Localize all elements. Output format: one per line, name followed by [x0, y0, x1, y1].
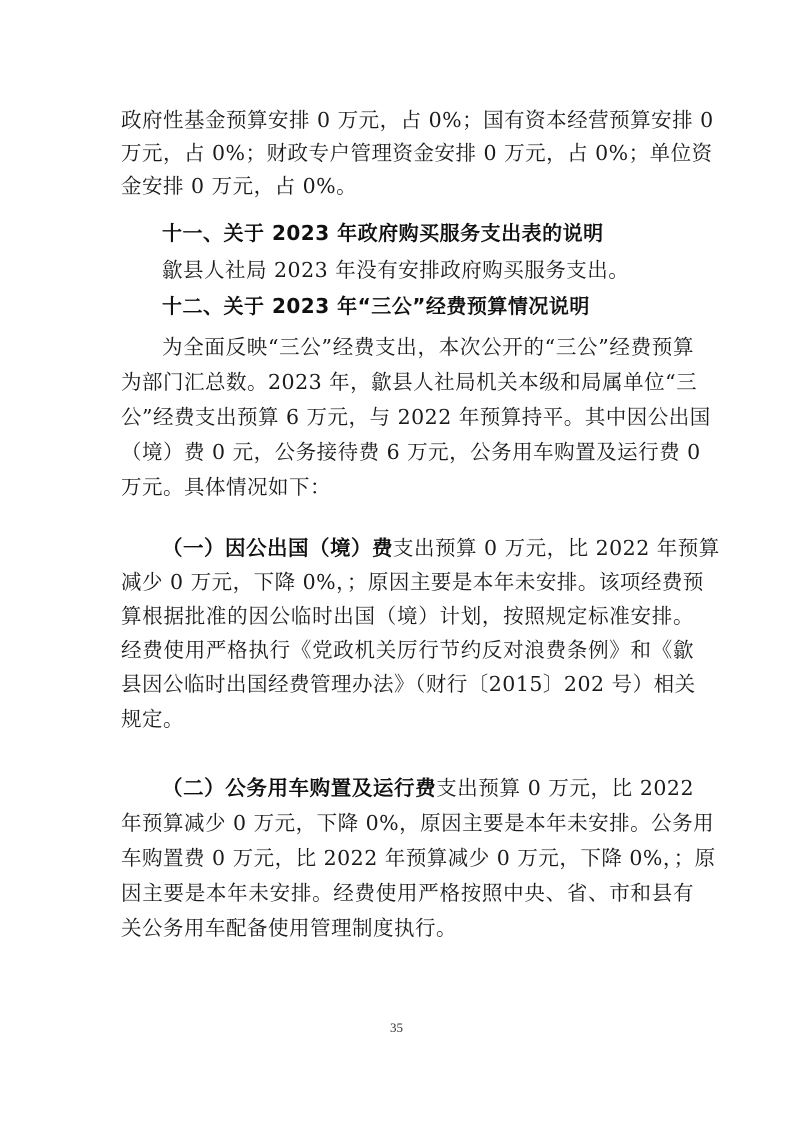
section-12-intro-line-2: 为部门汇总数。2023 年，歙县人社局机关本级和局属单位“三	[121, 366, 694, 398]
section-12-intro-line-5: 万元。具体情况如下：	[121, 471, 694, 503]
item-2-line-3: 车购置费 0 万元，比 2022 年预算减少 0 万元，下降 0%，；原	[121, 842, 694, 874]
item-1-line-1-rest: 支出预算 0 万元，比 2022 年预算	[393, 536, 720, 560]
item-1-line-1: （一）因公出国（境）费支出预算 0 万元，比 2022 年预算	[162, 532, 694, 564]
item-2-line-4: 因主要是本年未安排。经费使用严格按照中央、省、市和县有	[121, 877, 694, 909]
funds-paragraph-line-2: 万元，占 0%；财政专户管理资金安排 0 万元，占 0%；单位资	[121, 137, 694, 169]
item-2-line-1-rest: 支出预算 0 万元，比 2022	[436, 776, 694, 800]
item-2-line-1: （二）公务用车购置及运行费支出预算 0 万元，比 2022	[162, 772, 694, 804]
funds-paragraph-line-3: 金安排 0 万元，占 0%。	[121, 170, 694, 202]
item-1-line-4: 经费使用严格执行《党政机关厉行节约反对浪费条例》和《歙	[121, 634, 694, 666]
document-page: 政府性基金预算安排 0 万元，占 0%；国有资本经营预算安排 0 万元，占 0%…	[0, 0, 793, 1122]
item-1-line-3: 算根据批准的因公临时出国（境）计划，按照规定标准安排。	[121, 600, 694, 632]
section-12-intro-line-1: 为全面反映“三公”经费支出，本次公开的“三公”经费预算	[162, 331, 694, 363]
item-2-line-2: 年预算减少 0 万元，下降 0%，原因主要是本年未安排。公务用	[121, 807, 694, 839]
item-1-label: （一）因公出国（境）费	[162, 536, 393, 560]
item-2-label: （二）公务用车购置及运行费	[162, 776, 436, 800]
item-2-line-5: 关公务用车配备使用管理制度执行。	[121, 912, 694, 944]
funds-paragraph-line-1: 政府性基金预算安排 0 万元，占 0%；国有资本经营预算安排 0	[121, 104, 694, 136]
section-11-heading: 十一、关于 2023 年政府购买服务支出表的说明	[162, 217, 694, 249]
item-1-line-5: 县因公临时出国经费管理办法》（财行〔2015〕202 号）相关	[121, 668, 694, 700]
section-12-intro-line-3: 公”经费支出预算 6 万元，与 2022 年预算持平。其中因公出国	[121, 401, 694, 433]
section-11-body: 歙县人社局 2023 年没有安排政府购买服务支出。	[162, 254, 694, 286]
page-number: 35	[0, 1020, 793, 1036]
item-1-line-2: 减少 0 万元，下降 0%，；原因主要是本年未安排。该项经费预	[121, 566, 694, 598]
section-12-intro-line-4: （境）费 0 元，公务接待费 6 万元，公务用车购置及运行费 0	[121, 436, 694, 468]
item-1-line-6: 规定。	[121, 703, 694, 735]
section-12-heading: 十二、关于 2023 年“三公”经费预算情况说明	[162, 290, 694, 322]
